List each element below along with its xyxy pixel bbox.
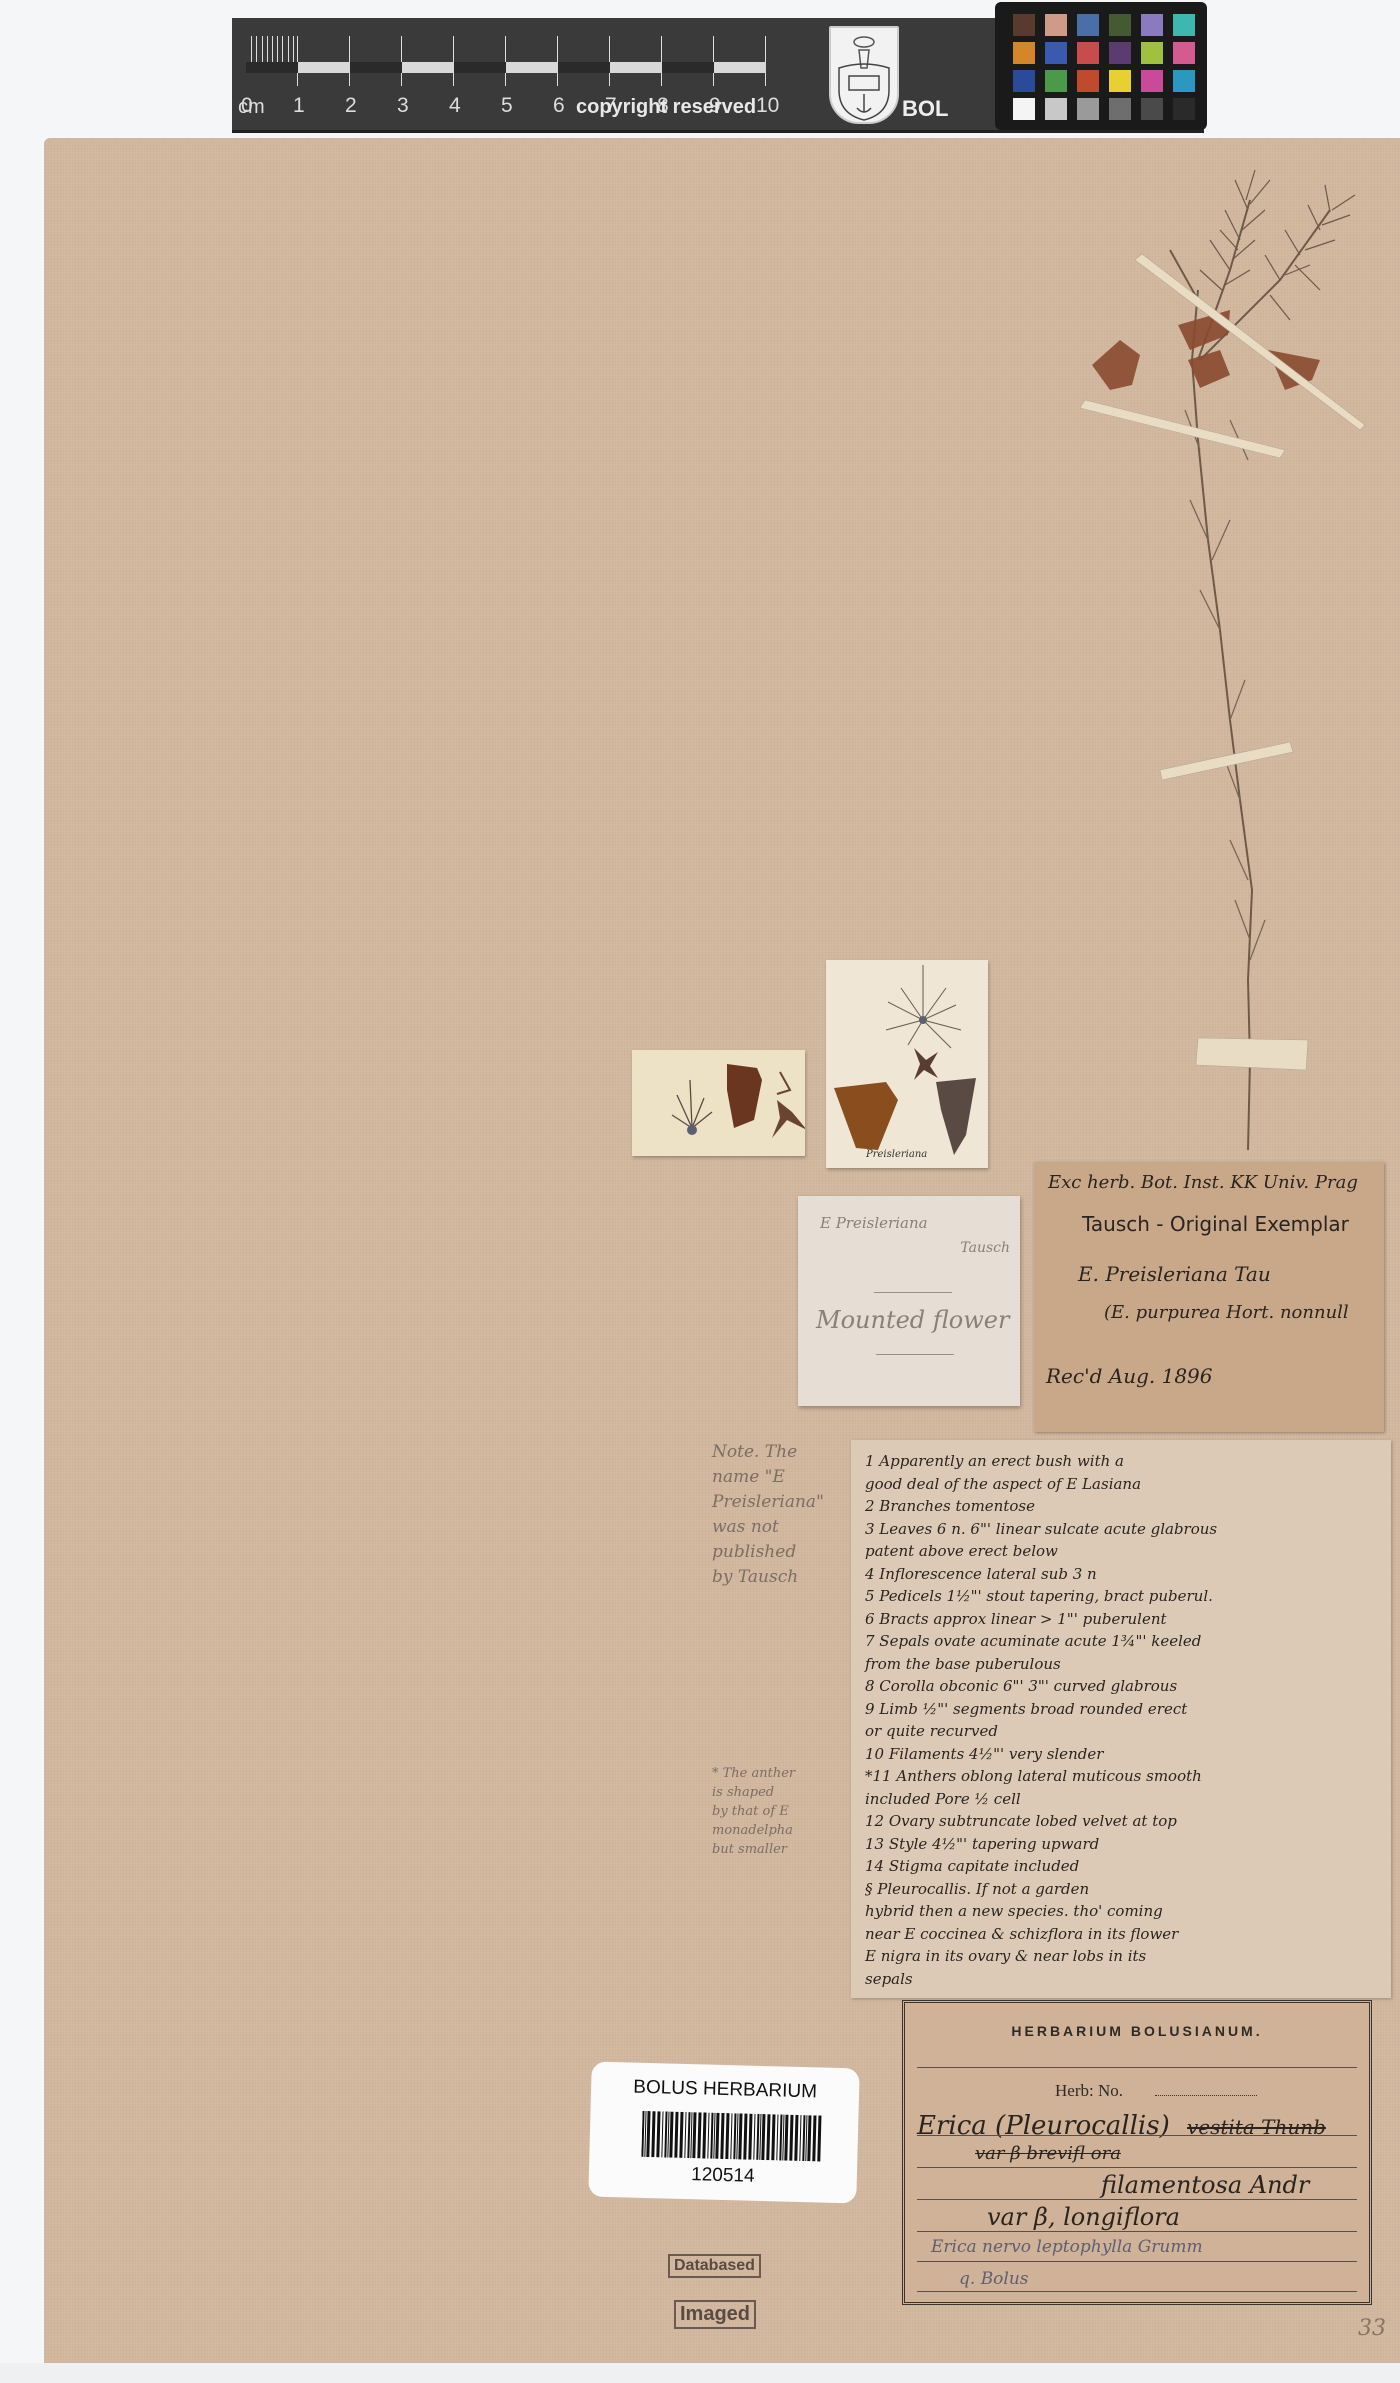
barcode-label[interactable]: BOLUS HERBARIUM 120514 [588, 2062, 859, 2204]
description-line: 13 Style 4½"' tapering upward [865, 1835, 1099, 1853]
mounted-flower-envelope[interactable]: E Preisleriana Tausch Mounted flower [798, 1196, 1020, 1406]
description-line: 8 Corolla obconic 6"' 3"' curved glabrou… [865, 1677, 1177, 1695]
description-line: near E coccinea & schizflora in its flow… [865, 1925, 1178, 1943]
sheet-number: 33 [1358, 2316, 1386, 2341]
description-label: 1 Apparently an erect bush with a good d… [851, 1440, 1391, 1998]
ruler-strip [506, 62, 558, 73]
ruler-unit-label: cm [238, 96, 265, 119]
description-line: sepals [865, 1970, 913, 1988]
ruler-tick-label: 10 [756, 94, 779, 118]
label-rule [917, 2261, 1357, 2262]
label-rule [917, 2231, 1357, 2232]
color-swatch [1109, 98, 1131, 120]
color-swatch [1173, 42, 1195, 64]
copyright-notice: copyright reserved [576, 96, 756, 119]
color-swatch [1077, 70, 1099, 92]
ruler-tick-label: 5 [501, 94, 513, 118]
color-swatch [1109, 42, 1131, 64]
color-swatch [1045, 42, 1067, 64]
color-swatch [1045, 70, 1067, 92]
origin-line-5: Rec'd Aug. 1896 [1046, 1364, 1213, 1388]
ruler-strip [350, 62, 402, 73]
color-swatch [1109, 14, 1131, 36]
barcode-icon [641, 2111, 822, 2162]
ruler-cell [506, 36, 558, 86]
plant-specimen [1080, 160, 1400, 1150]
color-swatch [1109, 70, 1131, 92]
description-line: 7 Sepals ovate acuminate acute 1¾"' keel… [865, 1632, 1201, 1650]
envelope-species: E Preisleriana [820, 1214, 928, 1232]
description-line: 5 Pedicels 1½"' stout tapering, bract pu… [865, 1587, 1213, 1605]
ruler-tick-label: 2 [345, 94, 357, 118]
ruler-strip [298, 62, 350, 73]
pencil-note-line: is shaped [712, 1783, 842, 1802]
description-line: 9 Limb ½"' segments broad rounded erect [865, 1700, 1187, 1718]
pencil-determination-2: q. Bolus [959, 2269, 1029, 2289]
color-swatch [1077, 98, 1099, 120]
ruler-strip [402, 62, 454, 73]
label-heading: HERBARIUM BOLUSIANUM. [905, 2023, 1369, 2039]
description-line: 2 Branches tomentose [865, 1497, 1035, 1515]
ruler-tick-label: 4 [449, 94, 461, 118]
ruler-strip [558, 62, 610, 73]
color-swatch [1141, 42, 1163, 64]
color-swatch [1013, 42, 1035, 64]
color-swatch [1141, 14, 1163, 36]
label-rule [917, 2199, 1357, 2200]
description-line: 3 Leaves 6 n. 6"' linear sulcate acute g… [865, 1520, 1217, 1538]
ruler-strip [454, 62, 506, 73]
ruler-tick-label: 1 [293, 94, 305, 118]
color-swatch [1077, 42, 1099, 64]
description-line: or quite recurved [865, 1722, 998, 1740]
flower-dissection-packet-2: Preisleriana [826, 960, 988, 1168]
description-line: included Pore ½ cell [865, 1790, 1021, 1808]
ruler-cell [454, 36, 506, 86]
envelope-underline [876, 1354, 954, 1355]
color-swatch [1173, 70, 1195, 92]
ruler-cell [714, 36, 766, 86]
description-line: 4 Inflorescence lateral sub 3 n [865, 1565, 1097, 1583]
pencil-determination-1: Erica nervo leptophylla Grumm [931, 2237, 1203, 2257]
ruler-tick-label: 3 [397, 94, 409, 118]
struck-variety: var β brevifl ora [975, 2143, 1121, 2164]
pencil-note-line: by that of E [712, 1802, 842, 1821]
genus-name: Erica (Pleurocallis) [917, 2111, 1170, 2141]
label-rule [917, 2291, 1357, 2292]
origin-line-2: Tausch - Original Exemplar [1082, 1212, 1349, 1236]
ruler-cell [558, 36, 610, 86]
ruler-strip [662, 62, 714, 73]
species-name: filamentosa Andr [1101, 2171, 1309, 2199]
origin-line-4: (E. purpurea Hort. nonnull [1104, 1302, 1349, 1323]
color-calibration-card [995, 2, 1207, 130]
description-line: good deal of the aspect of E Lasiana [865, 1475, 1141, 1493]
pencil-note-line: was not [712, 1515, 842, 1540]
pencil-note-line: name "E [712, 1465, 842, 1490]
herb-number-field [1155, 2095, 1257, 2096]
pencil-note-line: * The anther [712, 1764, 842, 1783]
pencil-note-line: Note. The [712, 1440, 842, 1465]
pencil-note-line: but smaller [712, 1840, 842, 1859]
ruler-cell [662, 36, 714, 86]
envelope-divider [874, 1292, 952, 1293]
description-line: § Pleurocallis. If not a garden [865, 1880, 1089, 1898]
description-line: 6 Bracts approx linear > 1"' puberulent [865, 1610, 1167, 1628]
herbarium-bolusianum-label: HERBARIUM BOLUSIANUM. Herb: No. Erica (P… [902, 2000, 1372, 2305]
description-line: 1 Apparently an erect bush with a [865, 1452, 1124, 1470]
description-line: 14 Stigma capitate included [865, 1857, 1079, 1875]
description-line: E nigra in its ovary & near lobs in its [865, 1947, 1146, 1965]
color-swatch [1013, 70, 1035, 92]
description-line: patent above erect below [865, 1542, 1058, 1560]
origin-label: Exc herb. Bot. Inst. KK Univ. Prag Tausc… [1034, 1162, 1384, 1432]
description-line: 10 Filaments 4½"' very slender [865, 1745, 1103, 1763]
variety-name: var β, longiflora [987, 2203, 1180, 2231]
envelope-author: Tausch [960, 1240, 1010, 1256]
ruler-strip [246, 62, 298, 73]
pencil-note-line: published [712, 1540, 842, 1565]
pencil-note-line: Preisleriana" [712, 1490, 842, 1515]
ruler-strip [610, 62, 662, 73]
imaged-stamp: Imaged [674, 2300, 756, 2329]
scanner-background [0, 2363, 1400, 2383]
ruler-strip [714, 62, 766, 73]
origin-line-3: E. Preisleriana Tau [1078, 1262, 1271, 1286]
color-swatch [1173, 98, 1195, 120]
ruler-cell [350, 36, 402, 86]
barcode-title: BOLUS HERBARIUM [591, 2076, 859, 2105]
color-swatch [1045, 98, 1067, 120]
cm-ruler: 012345678910 [246, 36, 768, 86]
envelope-title: Mounted flower [816, 1306, 1009, 1334]
ruler-cell [610, 36, 662, 86]
pencil-note-anther: * The antheris shapedby that of Emonadel… [712, 1764, 842, 1859]
ruler-cell [402, 36, 454, 86]
flower-dissection-packet-1 [632, 1050, 805, 1156]
university-crest-icon [829, 26, 899, 124]
color-swatch [1173, 14, 1195, 36]
label-rule [917, 2167, 1357, 2168]
pencil-note-line: monadelpha [712, 1821, 842, 1840]
color-swatch [1013, 98, 1035, 120]
barcode-number: 120514 [589, 2161, 857, 2190]
origin-line-1: Exc herb. Bot. Inst. KK Univ. Prag [1048, 1172, 1358, 1193]
description-line: *11 Anthers oblong lateral muticous smoo… [865, 1767, 1202, 1785]
label-rule [917, 2135, 1357, 2136]
color-swatch [1141, 70, 1163, 92]
ruler-cell [298, 36, 350, 86]
description-line: 12 Ovary subtruncate lobed velvet at top [865, 1812, 1177, 1830]
packet-caption: Preisleriana [866, 1149, 927, 1160]
pencil-note-name-unpublished: Note. Thename "EPreisleriana"was notpubl… [712, 1440, 842, 1590]
description-line: from the base puberulous [865, 1655, 1061, 1673]
pencil-note-line: by Tausch [712, 1565, 842, 1590]
label-rule [917, 2067, 1357, 2068]
color-swatch [1077, 14, 1099, 36]
databased-stamp: Databased [668, 2254, 761, 2278]
color-swatch [1045, 14, 1067, 36]
color-swatch [1141, 98, 1163, 120]
ruler-tick-label: 6 [553, 94, 565, 118]
color-swatch [1013, 14, 1035, 36]
herb-number-label: Herb: No. [1055, 2081, 1123, 2101]
description-line: hybrid then a new species. tho' coming [865, 1902, 1163, 1920]
institution-code: BOL [902, 96, 948, 122]
